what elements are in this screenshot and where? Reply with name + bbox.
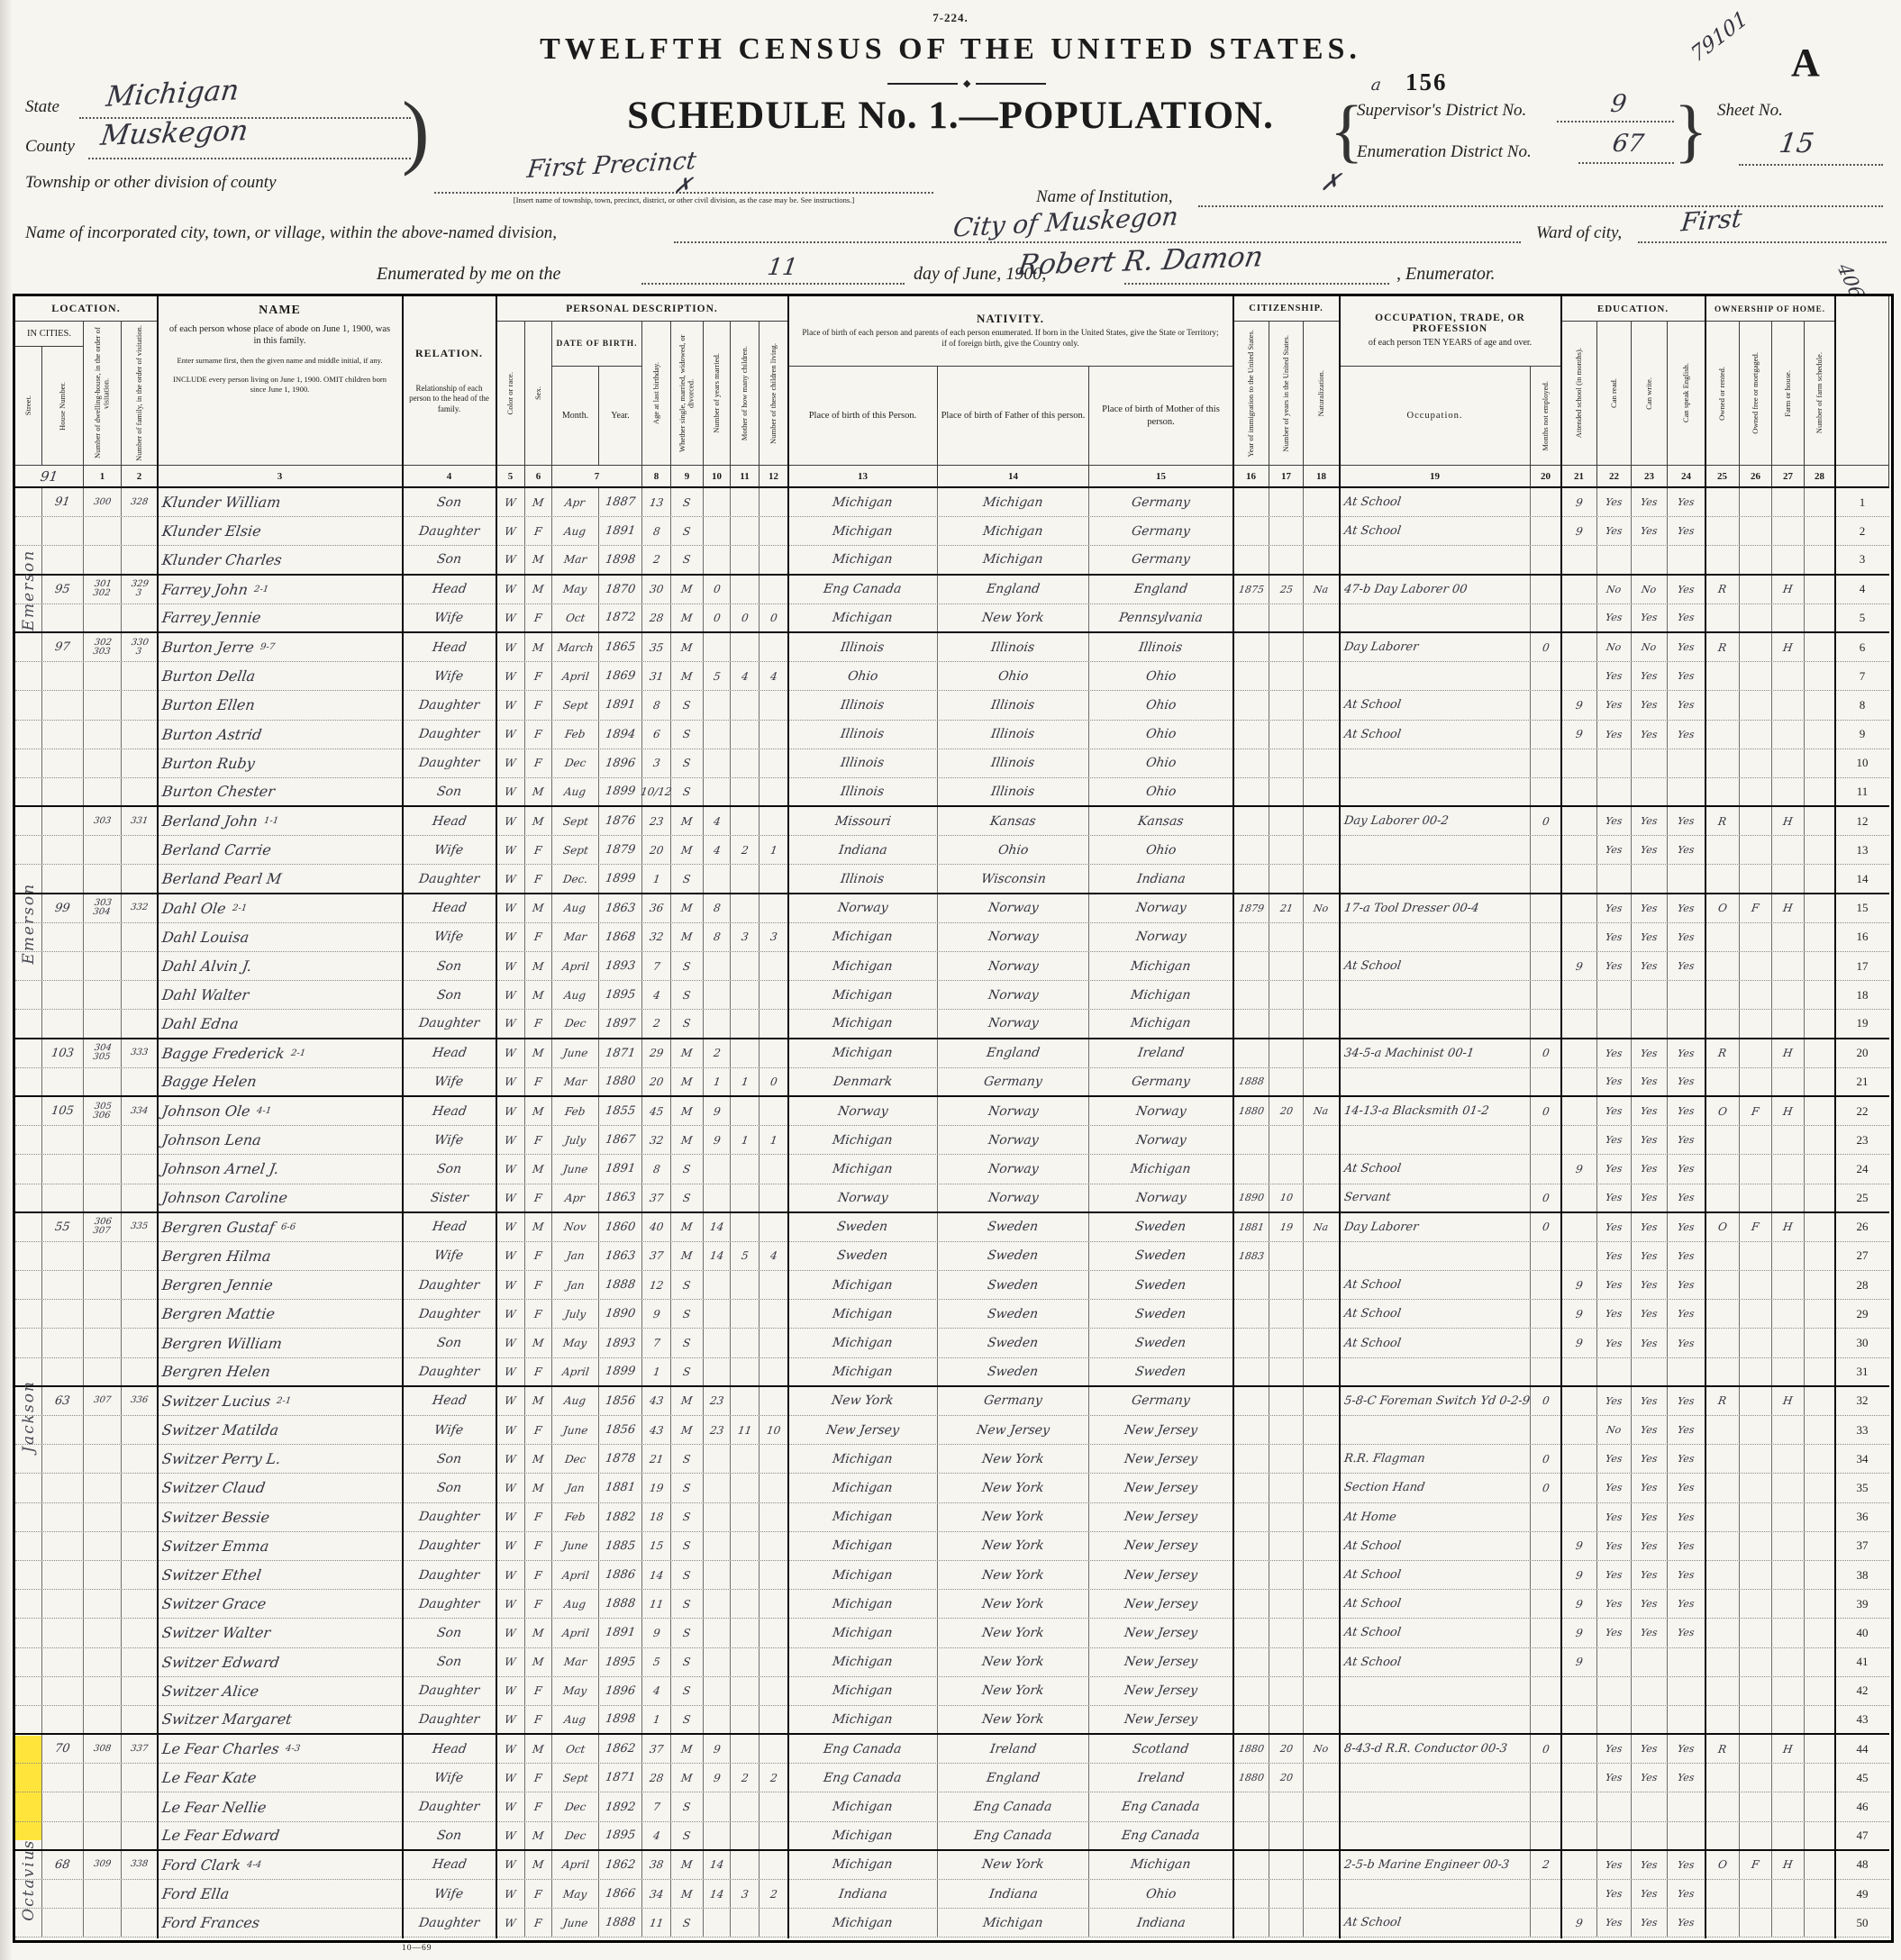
cell-dw [84, 1822, 122, 1849]
table-row: 97302 303330 3Burton Jerre9-7HeadWMMarch… [15, 633, 1889, 662]
cell-ow: R [1705, 807, 1740, 835]
cell-mc [731, 546, 759, 573]
cell-cl [759, 1213, 788, 1241]
value-oc: At School [1343, 728, 1402, 741]
table-row: Dahl WalterSonWMAug18954SMichiganNorwayM… [15, 981, 1889, 1010]
cell-c: W [496, 1532, 525, 1560]
cell-ym [704, 1445, 731, 1473]
cell-mc [731, 778, 759, 805]
cell-pm: Norway [1089, 894, 1233, 922]
column-number-cell: 28 [1805, 466, 1835, 488]
column-header-col21: Attended school (in months). [1575, 348, 1584, 438]
cell-rel: Son [403, 1648, 496, 1676]
table-row: Burton RubyDaughterWFDec18963SIllinoisIl… [15, 749, 1889, 778]
cell-dw [84, 749, 122, 777]
cell-fs [1805, 1590, 1835, 1618]
cell-en: Yes [1668, 1445, 1705, 1473]
value-oc: 2-5-b Marine Engineer 00-3 [1343, 1858, 1510, 1872]
column-header-g_occupation: OCCUPATION, TRADE, OR PROFESSION [1347, 313, 1553, 334]
value-name: Bergren Mattie [161, 1305, 277, 1322]
cell-st [15, 1619, 42, 1647]
census-title: TWELFTH CENSUS OF THE UNITED STATES. [0, 32, 1901, 67]
cell-m: M [671, 807, 704, 835]
cell-ag: 37 [642, 1184, 671, 1211]
cell-dw [84, 1909, 122, 1937]
value-mo: Feb [564, 1511, 586, 1523]
cell-pb: Indiana [788, 1880, 938, 1908]
cell-yr: 1890 [599, 1300, 642, 1328]
value-pm: New Jersey [1123, 1568, 1198, 1583]
cell-name: Ford Clark4-4 [158, 1851, 403, 1879]
cell-rel: Daughter [403, 749, 496, 777]
value-rd: Yes [1605, 1308, 1623, 1320]
cell-im [1233, 1909, 1269, 1937]
value-rel: Daughter [418, 756, 480, 770]
cell-cl [759, 1822, 788, 1849]
cell-mn [1531, 1155, 1561, 1183]
cell-c: W [496, 1735, 525, 1763]
value-yr: 1882 [605, 1511, 636, 1524]
value-m: S [682, 1482, 691, 1494]
cell-ho [42, 1300, 84, 1328]
value-s: F [533, 728, 542, 740]
cell-na [1304, 1561, 1340, 1589]
cell-n: 4 [1835, 576, 1889, 603]
cell-mn: 0 [1531, 1184, 1561, 1211]
cell-fh [1772, 1300, 1805, 1328]
cell-yu [1269, 1677, 1304, 1705]
value-rel: Head [431, 1742, 467, 1756]
value-pm: Norway [1135, 1133, 1187, 1148]
cell-n: 32 [1835, 1387, 1889, 1415]
cell-pm: Indiana [1089, 1909, 1233, 1937]
cell-yr: 1868 [599, 923, 642, 951]
cell-mn [1531, 1126, 1561, 1154]
cell-mo: Aug [552, 1387, 599, 1415]
table-row: Le Fear KateWifeWFSept187128M922Eng Cana… [15, 1764, 1889, 1792]
cell-c: W [496, 633, 525, 661]
cell-ow [1705, 1271, 1740, 1299]
value-mn: 0 [1542, 1482, 1551, 1494]
value-s: M [532, 1858, 544, 1871]
table-row: Ford FrancesDaughterWFJune188811SMichiga… [15, 1909, 1889, 1937]
cell-s: F [525, 1010, 552, 1037]
cell-yu [1269, 1619, 1304, 1647]
cell-fs [1805, 952, 1835, 980]
cell-wr: Yes [1632, 691, 1668, 719]
value-rd: Yes [1605, 903, 1623, 914]
value-name: Burton Chester [161, 783, 277, 800]
cell-rel: Daughter [403, 1909, 496, 1937]
value-en: Yes [1677, 1105, 1695, 1117]
cell-m: S [671, 952, 704, 980]
line-number: 9 [1860, 727, 1866, 741]
table-row: 105305 306334Johnson Ole4-1HeadWMFeb1855… [15, 1097, 1889, 1126]
cell-en [1668, 1677, 1705, 1705]
value-oc: At School [1343, 1539, 1402, 1553]
cell-mo: May [552, 576, 599, 603]
cell-c: W [496, 1590, 525, 1618]
cell-yu [1269, 952, 1304, 980]
cell-fm [1740, 1126, 1772, 1154]
cell-pb: Michigan [788, 1532, 938, 1560]
cell-mo: Sept [552, 807, 599, 835]
cell-mc [731, 981, 759, 1009]
value-mo: May [562, 1684, 587, 1697]
value-ag: 21 [649, 1453, 664, 1465]
cell-dw [84, 778, 122, 805]
cell-mc [731, 1300, 759, 1328]
value-pf: Illinois [990, 785, 1035, 799]
cell-yu: 25 [1269, 576, 1304, 603]
value-ow: R [1717, 1394, 1727, 1407]
value-pf: Michigan [982, 1916, 1044, 1930]
cell-n: 41 [1835, 1648, 1889, 1676]
cell-c: W [496, 749, 525, 777]
cell-sc [1561, 1445, 1597, 1473]
value-s: F [533, 1772, 542, 1784]
value-ow: O [1717, 902, 1728, 914]
cell-na [1304, 1822, 1340, 1849]
cell-ow [1705, 546, 1740, 573]
cell-s: M [525, 1735, 552, 1763]
value-c: W [504, 989, 516, 1002]
value-wr: Yes [1640, 1888, 1658, 1900]
cell-pm: Ohio [1089, 691, 1233, 719]
value-name: Le Fear Nellie [161, 1799, 268, 1816]
value-yr: 1899 [605, 1365, 636, 1378]
column-number-cell: 16 [1233, 466, 1269, 488]
cell-fm [1740, 604, 1772, 631]
value-yr: 1863 [605, 1249, 636, 1263]
enumerated-day: 11 [766, 254, 799, 281]
group-separator [402, 296, 404, 1938]
value-ag: 32 [649, 930, 664, 943]
value-wr: Yes [1640, 1540, 1658, 1552]
cell-rd: Yes [1597, 807, 1632, 835]
table-row: Klunder ElsieDaughterWFAug18918SMichigan… [15, 517, 1889, 546]
cell-fs [1805, 1010, 1835, 1037]
street-name: Octavius [15, 1822, 42, 1938]
cell-sc [1561, 981, 1597, 1009]
value-pf: England [986, 1771, 1041, 1785]
value-ag: 37 [649, 1743, 664, 1756]
value-ag: 11 [649, 1917, 664, 1929]
column-header-col13: Place of birth of this Person. [809, 410, 917, 422]
line-number: 12 [1857, 814, 1869, 829]
cell-pb: New Jersey [788, 1416, 938, 1444]
value-name: Johnson Caroline [161, 1189, 289, 1206]
value-s: F [533, 844, 542, 857]
value-wr: Yes [1640, 525, 1658, 537]
value-ho: 91 [54, 495, 71, 509]
cell-name: Switzer Claud [158, 1474, 403, 1502]
cell-yr: 1895 [599, 1648, 642, 1676]
cell-st [15, 1068, 42, 1095]
cell-ag: 4 [642, 1677, 671, 1705]
value-fh: H [1782, 1394, 1793, 1407]
cell-s: M [525, 633, 552, 661]
cell-fm: F [1740, 1213, 1772, 1241]
cell-sc: 9 [1561, 1271, 1597, 1299]
cell-rel: Wife [403, 662, 496, 690]
cell-n: 46 [1835, 1792, 1889, 1820]
line-number: 18 [1857, 988, 1869, 1003]
cell-s: F [525, 517, 552, 545]
value-ym: 9 [713, 1743, 722, 1756]
value-pm: Michigan [1130, 959, 1192, 974]
cell-n: 2 [1835, 517, 1889, 545]
value-oc: Servant [1343, 1191, 1392, 1204]
cell-st [15, 1764, 42, 1792]
cell-yu [1269, 778, 1304, 805]
value-mc: 1 [741, 1075, 750, 1088]
value-c: W [504, 1453, 516, 1465]
cell-mn: 0 [1531, 1445, 1561, 1473]
value-pm: Ohio [1145, 698, 1178, 712]
cell-cl [759, 1271, 788, 1299]
cell-pm: New Jersey [1089, 1416, 1233, 1444]
column-header-col_year: Year. [611, 411, 629, 421]
value-m: M [680, 844, 693, 857]
cell-fa [122, 1880, 158, 1908]
cell-pm: Germany [1089, 546, 1233, 573]
value-m: M [680, 930, 693, 943]
cell-name: Switzer Perry L. [158, 1445, 403, 1473]
cell-dw [84, 517, 122, 545]
value-mo: Dec. [562, 873, 588, 885]
cell-yu [1269, 1503, 1304, 1531]
cell-cl [759, 1677, 788, 1705]
cell-fh [1772, 1532, 1805, 1560]
cell-yu [1269, 1155, 1304, 1183]
cell-fh [1772, 517, 1805, 545]
cell-fa [122, 836, 158, 864]
cell-st [15, 1039, 42, 1067]
cell-pf: Indiana [938, 1880, 1089, 1908]
cell-st [15, 749, 42, 777]
head-of-family-note: 6-6 [280, 1222, 296, 1232]
value-ag: 1 [652, 873, 661, 885]
value-mo: Jan [566, 1249, 586, 1262]
cell-pb: Denmark [788, 1068, 938, 1095]
value-rd: Yes [1605, 1743, 1623, 1755]
cell-pb: Michigan [788, 1677, 938, 1705]
cell-pf: New York [938, 1503, 1089, 1531]
cell-s: F [525, 1706, 552, 1733]
cell-mn [1531, 1242, 1561, 1270]
cell-ym [704, 952, 731, 980]
cell-en: Yes [1668, 1242, 1705, 1270]
column-number: 9 [685, 471, 690, 482]
cell-pb: Michigan [788, 604, 938, 631]
cell-yr: 1887 [599, 488, 642, 516]
cell-mc [731, 894, 759, 922]
value-m: M [680, 1394, 693, 1407]
cell-name: Bagge Frederick2-1 [158, 1039, 403, 1067]
cell-pm: New Jersey [1089, 1561, 1233, 1589]
cell-rel: Daughter [403, 1532, 496, 1560]
cell-wr: Yes [1632, 1126, 1668, 1154]
cell-pf: New York [938, 1648, 1089, 1676]
column-24: Can speak English. [1668, 322, 1705, 466]
column-number: 7 [595, 471, 600, 482]
cell-en: Yes [1668, 1909, 1705, 1937]
cell-ho [42, 1648, 84, 1676]
cell-name: Ford Ella [158, 1880, 403, 1908]
cell-cl: 1 [759, 1126, 788, 1154]
cell-mo: Sept [552, 1764, 599, 1792]
cell-yr: 1892 [599, 1792, 642, 1820]
cell-fa: 329 3 [122, 576, 158, 603]
value-m: S [682, 1511, 691, 1523]
value-pm: Norway [1135, 901, 1187, 915]
cell-dw [84, 1792, 122, 1820]
column-header-name_desc1: of each person whose place of abode on J… [167, 323, 393, 347]
value-yr: 1862 [605, 1858, 636, 1872]
value-s: F [533, 1192, 542, 1204]
cell-pm: Kansas [1089, 807, 1233, 835]
cell-dw [84, 865, 122, 892]
column-number: 17 [1281, 471, 1291, 482]
cell-pm: Germany [1089, 488, 1233, 516]
value-pm: Germany [1131, 1075, 1191, 1089]
cell-rd: Yes [1597, 1242, 1632, 1270]
value-oc: At School [1343, 1162, 1402, 1175]
cell-oc [1340, 1764, 1531, 1792]
column-number: 28 [1815, 471, 1824, 482]
cell-rel: Head [403, 1387, 496, 1415]
value-mn: 0 [1542, 1743, 1551, 1756]
value-name: Bergren William [161, 1335, 284, 1352]
column-header-name_desc3: INCLUDE every person living on June 1, 1… [167, 375, 393, 394]
value-ow: R [1717, 1743, 1727, 1756]
cell-yu [1269, 1909, 1304, 1937]
value-pm: Norway [1135, 930, 1187, 944]
value-ag: 7 [652, 1337, 661, 1349]
cell-pf: England [938, 576, 1089, 603]
cell-mc [731, 1271, 759, 1299]
cell-na: Na [1304, 1213, 1340, 1241]
cell-fs [1805, 1097, 1835, 1125]
value-rd: Yes [1605, 1134, 1623, 1146]
cell-m: S [671, 778, 704, 805]
cell-yr: 1855 [599, 1097, 642, 1125]
cell-cl [759, 1300, 788, 1328]
value-rel: Wife [433, 1075, 464, 1089]
value-mo: Mar [563, 1656, 587, 1668]
cell-ag: 28 [642, 1764, 671, 1792]
column-number-cell: 19 [1340, 466, 1531, 488]
column-name: NAMEof each person whose place of abode … [158, 296, 403, 466]
value-yr: 1866 [605, 1887, 636, 1901]
value-c: W [504, 1569, 516, 1582]
cell-pf: England [938, 1039, 1089, 1067]
cell-pb: Michigan [788, 1561, 938, 1589]
cell-ow [1705, 865, 1740, 892]
cell-pb: Illinois [788, 778, 938, 805]
cell-mc: 11 [731, 1416, 759, 1444]
cell-ag: 37 [642, 1735, 671, 1763]
sheet-no-label: Sheet No. [1717, 101, 1783, 121]
cell-dw [84, 1677, 122, 1705]
cell-c: W [496, 1792, 525, 1820]
value-c: W [504, 1134, 516, 1147]
cell-m: S [671, 546, 704, 573]
value-m: S [682, 989, 691, 1002]
cell-ho [42, 721, 84, 749]
cell-fm [1740, 1619, 1772, 1647]
value-pb: Michigan [832, 1016, 894, 1030]
value-dw: 306 307 [93, 1218, 113, 1236]
cell-pb: Indiana [788, 836, 938, 864]
cell-pb: Michigan [788, 1474, 938, 1502]
value-en: Yes [1677, 525, 1695, 537]
value-rel: Daughter [418, 1278, 480, 1293]
head-of-family-note: 2-1 [277, 1396, 293, 1406]
value-en: Yes [1677, 1569, 1695, 1581]
cell-yr: 1897 [599, 1010, 642, 1037]
cell-wr [1632, 1648, 1668, 1676]
column-5: Color or race. [496, 322, 525, 466]
column-9: Whether single, married, widowed, or div… [671, 322, 704, 466]
cell-ym: 23 [704, 1387, 731, 1415]
value-mo: Dec [564, 1801, 587, 1813]
cell-im [1233, 721, 1269, 749]
cell-ag: 36 [642, 894, 671, 922]
cell-fa [122, 1677, 158, 1705]
cell-sc: 9 [1561, 1648, 1597, 1676]
cell-cl [759, 1532, 788, 1560]
cell-fs [1805, 778, 1835, 805]
cell-yr: 1891 [599, 1155, 642, 1183]
cell-dw [84, 1126, 122, 1154]
cell-na [1304, 1068, 1340, 1095]
value-pm: Eng Canada [1121, 1828, 1201, 1843]
cell-im [1233, 633, 1269, 661]
cell-ow [1705, 1822, 1740, 1849]
cell-mn [1531, 1010, 1561, 1037]
cell-oc [1340, 662, 1531, 690]
cell-im [1233, 1880, 1269, 1908]
value-rel: Son [436, 1626, 462, 1640]
cell-m: S [671, 1590, 704, 1618]
cell-rd [1597, 1358, 1632, 1385]
cell-ow [1705, 1242, 1740, 1270]
cell-mo: Jan [552, 1271, 599, 1299]
column-header-name_title: NAME [259, 304, 301, 318]
value-c: W [504, 1888, 516, 1901]
cell-yr: 1862 [599, 1735, 642, 1763]
cell-wr: Yes [1632, 1039, 1668, 1067]
cell-rel: Wife [403, 923, 496, 951]
cell-oc [1340, 981, 1531, 1009]
cell-fh [1772, 691, 1805, 719]
value-rel: Son [436, 988, 462, 1003]
cell-oc: 17-a Tool Dresser 00-4 [1340, 894, 1531, 922]
cell-dw: 308 [84, 1735, 122, 1763]
cell-im [1233, 1300, 1269, 1328]
value-c: W [504, 1743, 516, 1756]
value-wr: Yes [1640, 1511, 1658, 1523]
value-name: Berland Pearl M [161, 870, 283, 887]
cell-ag: 7 [642, 1329, 671, 1357]
cell-yu [1269, 1445, 1304, 1473]
cell-ag: 40 [642, 1213, 671, 1241]
value-rd: Yes [1605, 1250, 1623, 1262]
cell-rel: Daughter [403, 721, 496, 749]
cell-fm [1740, 1822, 1772, 1849]
